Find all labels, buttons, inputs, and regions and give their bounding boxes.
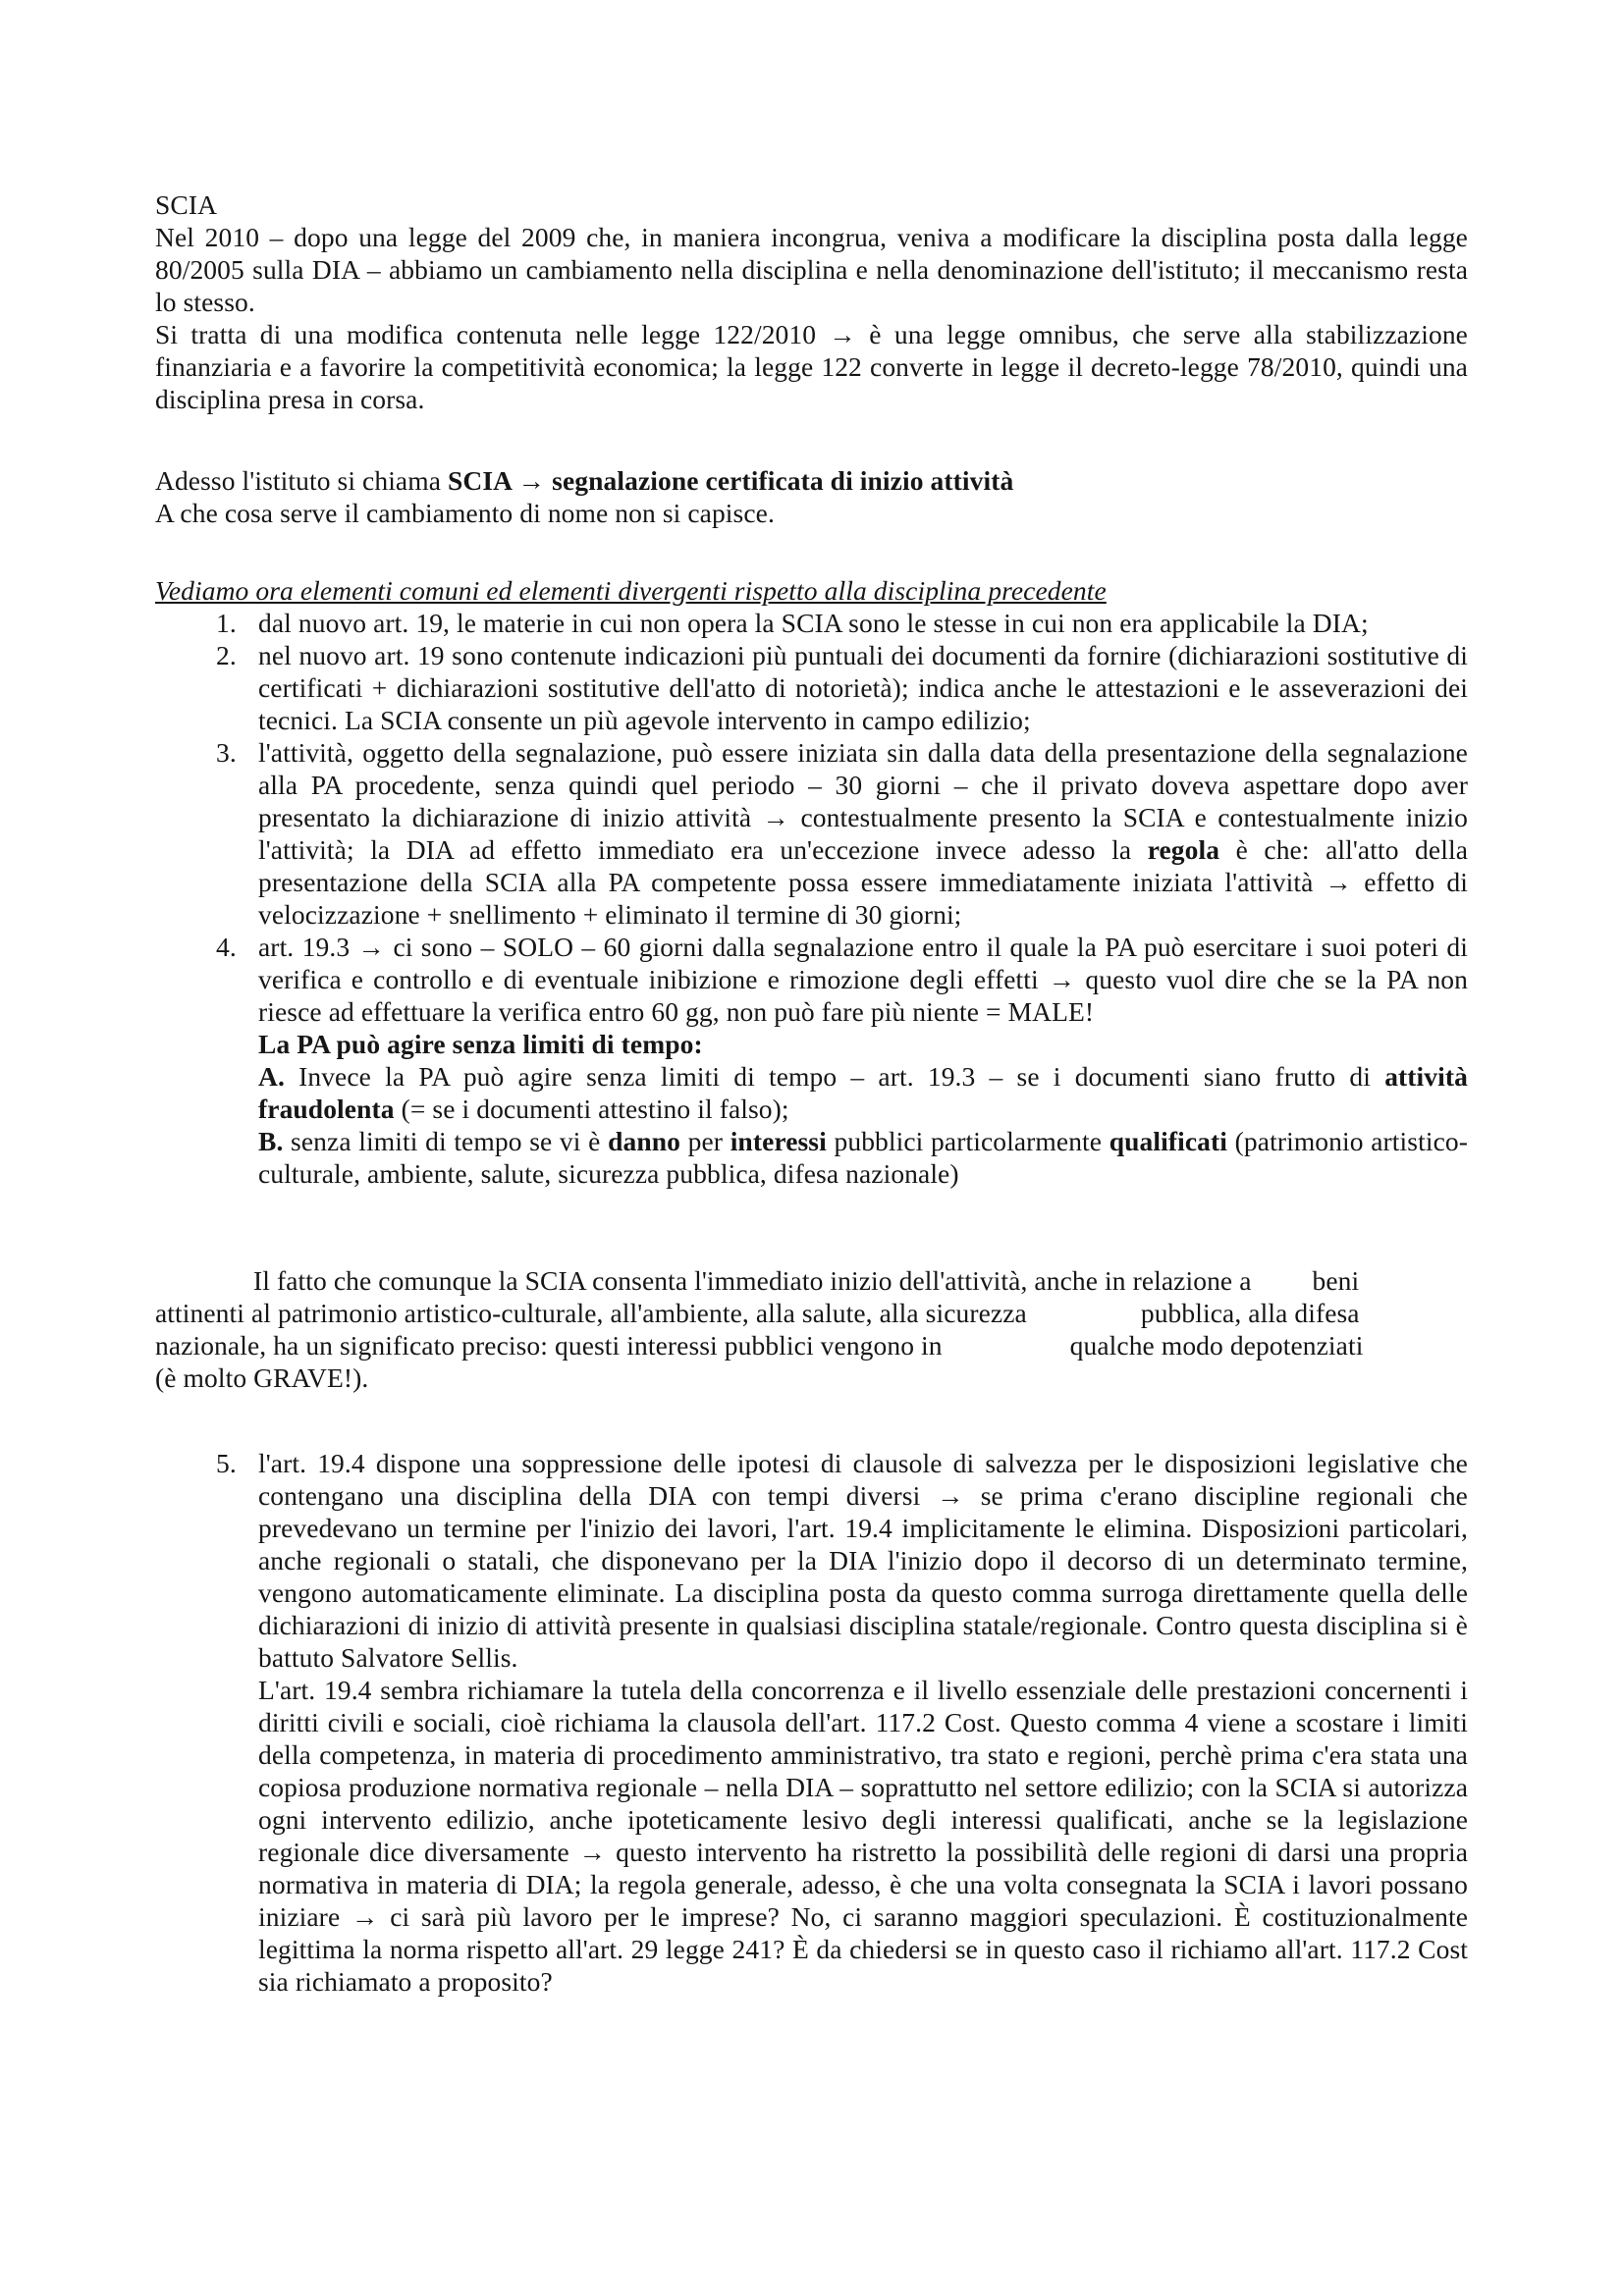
text-run: danno [608, 1126, 680, 1156]
document-page: SCIA Nel 2010 – dopo una legge del 2009 … [0, 0, 1623, 2296]
text-run: nazionale, ha un significato preciso: qu… [155, 1330, 943, 1361]
text-run: beni [1313, 1265, 1360, 1296]
paragraph-intro-2010: Nel 2010 – dopo una legge del 2009 che, … [155, 221, 1468, 318]
section-heading: Vediamo ora elementi comuni ed elementi … [155, 574, 1468, 607]
text-run: La PA può agire senza limiti di tempo: [258, 1029, 703, 1059]
text-run: pubblica, alla difesa [1141, 1298, 1360, 1328]
text-run: interessi [730, 1126, 827, 1156]
text-run: Il fatto che comunque la SCIA consenta l… [253, 1265, 1252, 1296]
text-run: pubblici particolarmente [827, 1126, 1109, 1156]
il-fatto-line-4: (è molto GRAVE!). [155, 1362, 1468, 1394]
list-item-4-body: art. 19.3 → ci sono – SOLO – 60 giorni d… [258, 931, 1468, 1190]
il-fatto-line-1: Il fatto che comunque la SCIA consenta l… [155, 1264, 1468, 1297]
paragraph-rename-comment: A che cosa serve il cambiamento di nome … [155, 497, 1468, 529]
text-run: attinenti al patrimonio artistico-cultur… [155, 1298, 1027, 1328]
list-item-1-text: dal nuovo art. 19, le materie in cui non… [258, 607, 1468, 639]
text-run: regola [1148, 834, 1219, 865]
list-item-4-subheading: La PA può agire senza limiti di tempo: [258, 1028, 1468, 1060]
list-item-3: 3. l'attività, oggetto della segnalazion… [155, 736, 1468, 931]
list-item-5: 5. l'art. 19.4 dispone una soppressione … [155, 1447, 1468, 1998]
list-number-4: 4. [155, 931, 258, 963]
list-item-2-text: nel nuovo art. 19 sono contenute indicaz… [258, 639, 1468, 736]
list-item-2: 2. nel nuovo art. 19 sono contenute indi… [155, 639, 1468, 736]
list-item-4-point-a: A. Invece la PA può agire senza limiti d… [258, 1060, 1468, 1125]
paragraph-il-fatto: Il fatto che comunque la SCIA consenta l… [155, 1264, 1468, 1394]
doc-title: SCIA [155, 188, 1468, 221]
list-number-2: 2. [155, 639, 258, 671]
text-run: Invece la PA può agire senza limiti di t… [285, 1061, 1384, 1092]
list-item-1: 1. dal nuovo art. 19, le materie in cui … [155, 607, 1468, 639]
list-number-3: 3. [155, 736, 258, 769]
list-number-5: 5. [155, 1447, 258, 1479]
list-item-4: 4. art. 19.3 → ci sono – SOLO – 60 giorn… [155, 931, 1468, 1190]
text-run: Vediamo ora elementi comuni ed elementi … [155, 575, 1107, 606]
paragraph-rename: Adesso l'istituto si chiama SCIA → segna… [155, 464, 1468, 497]
text-run: B. [258, 1126, 283, 1156]
list-item-5-text-b: L'art. 19.4 sembra richiamare la tutela … [258, 1674, 1468, 1998]
text-run: qualificati [1109, 1126, 1227, 1156]
list-item-4-text: art. 19.3 → ci sono – SOLO – 60 giorni d… [258, 931, 1468, 1028]
text-run: A. [258, 1061, 285, 1092]
list-item-4-point-b: B. senza limiti di tempo se vi è danno p… [258, 1125, 1468, 1190]
text-run: qualche modo depotenziati [1070, 1330, 1364, 1361]
list-item-5-body: l'art. 19.4 dispone una soppressione del… [258, 1447, 1468, 1998]
list-item-5-text-a: l'art. 19.4 dispone una soppressione del… [258, 1447, 1468, 1674]
text-run: per [680, 1126, 730, 1156]
paragraph-legge-122: Si tratta di una modifica contenuta nell… [155, 318, 1468, 415]
list-item-3-text: l'attività, oggetto della segnalazione, … [258, 736, 1468, 931]
text-run: (= se i documenti attestino il falso); [395, 1094, 789, 1124]
document-content: SCIA Nel 2010 – dopo una legge del 2009 … [155, 188, 1468, 1998]
text-run: senza limiti di tempo se vi è [283, 1126, 608, 1156]
text-run: Adesso l'istituto si chiama [155, 465, 448, 496]
il-fatto-line-2: attinenti al patrimonio artistico-cultur… [155, 1297, 1468, 1329]
il-fatto-line-3: nazionale, ha un significato preciso: qu… [155, 1329, 1468, 1362]
text-run: SCIA → segnalazione certificata di inizi… [448, 465, 1013, 496]
list-number-1: 1. [155, 607, 258, 639]
